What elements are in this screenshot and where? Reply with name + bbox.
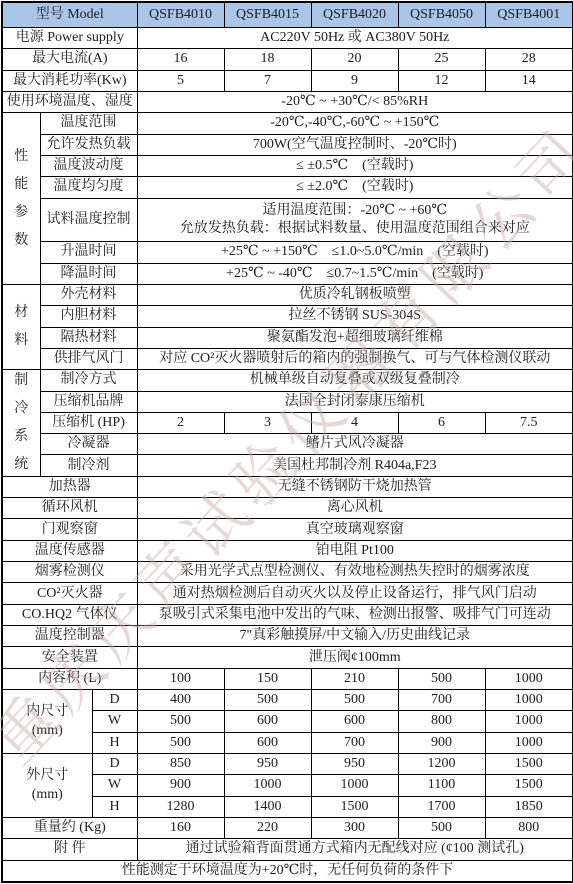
- value-cell: 1100: [398, 775, 485, 796]
- table-row: 内容积 (L)1001502105001000: [2, 668, 573, 689]
- model-header-row: 型号 ModelQSFB4010QSFB4015QSFB4020QSFB4050…: [2, 2, 573, 27]
- value-cell: 16: [137, 49, 224, 70]
- value-cell: 1000: [224, 775, 311, 796]
- dimension-letter: H: [92, 732, 137, 753]
- value-cell: 500: [137, 711, 224, 732]
- table-row: 冷凝器鳍片式风冷凝器: [2, 434, 573, 455]
- row-label: 试料温度控制: [40, 198, 137, 242]
- value-cell: 160: [137, 818, 224, 839]
- row-label: 降温时间: [40, 263, 137, 284]
- row-label: CO.HQ2 气体仪: [2, 604, 137, 625]
- value-cell: 600: [311, 711, 398, 732]
- table-row: 重量约 (Kg)160220300500800: [2, 818, 573, 839]
- row-label: CO²灭火器: [2, 583, 137, 604]
- value-cell: 14: [485, 70, 573, 91]
- spec-table: 型号 ModelQSFB4010QSFB4015QSFB4020QSFB4050…: [1, 1, 573, 883]
- model-header-cell: QSFB4020: [311, 2, 398, 27]
- value-cell: 20: [311, 49, 398, 70]
- row-label: 压缩机品牌: [40, 391, 137, 412]
- row-value: 适用温度范围：-20℃ ~ +60℃允放发热负载：根据试料数量、使用温度范围组合…: [137, 198, 573, 242]
- table-row: 温度传感器铂电阻 Pt100: [2, 540, 573, 561]
- row-label: 最大消耗功率(Kw): [2, 70, 137, 91]
- row-value: 7"真彩触摸屏/中文输入/历史曲线记录: [137, 626, 573, 647]
- value-cell: 800: [485, 818, 573, 839]
- value-cell: 1000: [311, 775, 398, 796]
- value-cell: 1500: [485, 775, 573, 796]
- dimension-letter: W: [92, 775, 137, 796]
- row-value: ≤ ±2.0℃ (空载时): [137, 177, 573, 198]
- table-row: 压缩机 (HP)23467.5: [2, 412, 573, 433]
- row-label: 循环风机: [2, 498, 137, 519]
- row-value: 鳍片式风冷凝器: [137, 434, 573, 455]
- table-row: 使用环境温度、湿度-20℃ ~ +30℃/< 85%RH: [2, 91, 573, 112]
- value-cell: 5: [137, 70, 224, 91]
- value-cell: 950: [224, 754, 311, 775]
- value-cell: 1500: [311, 796, 398, 817]
- value-cell: 1000: [485, 711, 573, 732]
- row-label: 外壳材料: [40, 284, 137, 305]
- row-label: 隔热材料: [40, 327, 137, 348]
- value-cell: 9: [311, 70, 398, 91]
- model-header-cell: QSFB4001: [485, 2, 573, 27]
- table-row: 材料外壳材料优质冷轧钢板喷塑: [2, 284, 573, 305]
- section-label: 材料: [2, 284, 40, 369]
- row-label: 内容积 (L): [2, 668, 137, 689]
- table-row: 制冷剂美国杜邦制冷剂 R404a,F23: [2, 455, 573, 476]
- table-row: 最大消耗功率(Kw)5791214: [2, 70, 573, 91]
- value-cell: 150: [224, 668, 311, 689]
- dimension-letter: H: [92, 796, 137, 817]
- table-row: 外尺寸(mm)D85095095012001500: [2, 754, 573, 775]
- value-cell: 4: [311, 412, 398, 433]
- row-label: 温度传感器: [2, 540, 137, 561]
- row-label: 烟雾检测仪: [2, 562, 137, 583]
- row-value: ≤ ±0.5℃ (空载时): [137, 155, 573, 176]
- table-row: CO²灭火器通对热烟检测后自动灭火以及停止设备运行，排气风门启动: [2, 583, 573, 604]
- row-label: 温度控制器: [2, 626, 137, 647]
- row-label: 重量约 (Kg): [2, 818, 137, 839]
- row-value: 铂电阻 Pt100: [137, 540, 573, 561]
- value-cell: 7: [224, 70, 311, 91]
- value-cell: 28: [485, 49, 573, 70]
- row-value: 美国杜邦制冷剂 R404a,F23: [137, 455, 573, 476]
- value-cell: 700: [311, 732, 398, 753]
- value-cell: 2: [137, 412, 224, 433]
- row-label: 门观察窗: [2, 519, 137, 540]
- table-row: 最大电流(A)1618202528: [2, 49, 573, 70]
- row-label: 制冷剂: [40, 455, 137, 476]
- row-value: AC220V 50Hz 或 AC380V 50Hz: [137, 27, 573, 48]
- row-value: 拉丝不锈钢 SUS-304S: [137, 306, 573, 327]
- table-row: 压缩机品牌法国全封闭泰康压缩机: [2, 391, 573, 412]
- value-cell: 210: [311, 668, 398, 689]
- value-cell: 900: [398, 732, 485, 753]
- row-label: 升温时间: [40, 242, 137, 263]
- value-cell: 500: [137, 732, 224, 753]
- value-cell: 1200: [398, 754, 485, 775]
- table-row: 内尺寸(mm)D4005005007001000: [2, 690, 573, 711]
- value-cell: 100: [137, 668, 224, 689]
- table-row: 温度均匀度≤ ±2.0℃ (空载时): [2, 177, 573, 198]
- row-label: 供排气风门: [40, 348, 137, 369]
- value-cell: 500: [311, 690, 398, 711]
- value-cell: 600: [224, 732, 311, 753]
- row-value: 无缝不锈钢防干烧加热管: [137, 476, 573, 497]
- row-value: 机械单级自动复叠或双级复叠制冷: [137, 370, 573, 391]
- row-label: 使用环境温度、湿度: [2, 91, 137, 112]
- section-vertical-label: 材料: [4, 306, 39, 348]
- value-cell: 220: [224, 818, 311, 839]
- table-row: 循环风机离心风机: [2, 498, 573, 519]
- value-cell: 800: [398, 711, 485, 732]
- table-row: 降温时间+25℃ ~ -40℃ ≤0.7~1.5℃/min (空载时): [2, 263, 573, 284]
- row-label: 电源 Power supply: [2, 27, 137, 48]
- table-row: 供排气风门对应 CO²灭火器喷射后的箱内的强制换气、可与气体检测仪联动: [2, 348, 573, 369]
- table-row: 性能参数温度范围-20℃,-40℃,-60℃ ~ +150℃: [2, 113, 573, 134]
- value-cell: 1400: [224, 796, 311, 817]
- row-label: 内胆材料: [40, 306, 137, 327]
- section-vertical-label: 制冷系统: [4, 374, 39, 472]
- row-value-line: 允放发热负载：根据试料数量、使用温度范围组合来对应: [139, 220, 572, 238]
- row-value: 通过试验箱背面贯通方式箱内无配线对应 (¢100 测试孔): [137, 839, 573, 860]
- value-cell: 1000: [485, 732, 573, 753]
- dimension-letter: D: [92, 754, 137, 775]
- value-cell: 1000: [485, 668, 573, 689]
- row-value: -20℃ ~ +30℃/< 85%RH: [137, 91, 573, 112]
- table-row: 温度波动度≤ ±0.5℃ (空载时): [2, 155, 573, 176]
- table-row: 门观察窗真空玻璃观察窗: [2, 519, 573, 540]
- row-label: 温度均匀度: [40, 177, 137, 198]
- model-header-cell: QSFB4015: [224, 2, 311, 27]
- row-value: 聚氨酯发泡+超细玻璃纤维棉: [137, 327, 573, 348]
- value-cell: 6: [398, 412, 485, 433]
- footer-row: 性能测定于环境温度为+20℃时，无任何负荷的条件下: [2, 860, 573, 882]
- dimension-group-label: 内尺寸(mm): [2, 690, 92, 754]
- value-cell: 900: [137, 775, 224, 796]
- value-cell: 950: [311, 754, 398, 775]
- value-cell: 500: [398, 668, 485, 689]
- table-row: 电源 Power supplyAC220V 50Hz 或 AC380V 50Hz: [2, 27, 573, 48]
- row-value: 离心风机: [137, 498, 573, 519]
- value-cell: 300: [311, 818, 398, 839]
- dimension-letter: D: [92, 690, 137, 711]
- row-label: 最大电流(A): [2, 49, 137, 70]
- value-cell: 12: [398, 70, 485, 91]
- row-value: 通对热烟检测后自动灭火以及停止设备运行，排气风门启动: [137, 583, 573, 604]
- footer-note: 性能测定于环境温度为+20℃时，无任何负荷的条件下: [2, 860, 573, 882]
- value-cell: 850: [137, 754, 224, 775]
- value-cell: 600: [224, 711, 311, 732]
- row-value: +25℃ ~ -40℃ ≤0.7~1.5℃/min (空载时): [137, 263, 573, 284]
- section-label: 性能参数: [2, 113, 40, 285]
- row-value-line: 适用温度范围：-20℃ ~ +60℃: [139, 202, 572, 220]
- row-label: 加热器: [2, 476, 137, 497]
- row-value: -20℃,-40℃,-60℃ ~ +150℃: [137, 113, 573, 134]
- row-value: 泄压阀¢100mm: [137, 647, 573, 668]
- row-label: 温度范围: [40, 113, 137, 134]
- row-value: +25℃ ~ +150℃ ≤1.0~5.0℃/min (空载时): [137, 242, 573, 263]
- row-label: 允许发热负载: [40, 134, 137, 155]
- section-label: 制冷系统: [2, 370, 40, 477]
- row-value: 700W(空气温度控制时、-20℃时): [137, 134, 573, 155]
- table-row: 烟雾检测仪采用光学式点型检测仪、有效地检测热失控时的烟雾浓度: [2, 562, 573, 583]
- row-label: 冷凝器: [40, 434, 137, 455]
- row-label: 附 件: [2, 839, 137, 860]
- model-header-cell: QSFB4010: [137, 2, 224, 27]
- table-row: CO.HQ2 气体仪泵吸引式采集电池中发出的气味、检测出报警、吸排气门可连动: [2, 604, 573, 625]
- table-row: 隔热材料聚氨酯发泡+超细玻璃纤维棉: [2, 327, 573, 348]
- row-label: 制冷方式: [40, 370, 137, 391]
- table-row: 内胆材料拉丝不锈钢 SUS-304S: [2, 306, 573, 327]
- dimension-letter: W: [92, 711, 137, 732]
- table-row: 制冷系统制冷方式机械单级自动复叠或双级复叠制冷: [2, 370, 573, 391]
- value-cell: 1700: [398, 796, 485, 817]
- table-row: 附 件通过试验箱背面贯通方式箱内无配线对应 (¢100 测试孔): [2, 839, 573, 860]
- row-value: 优质冷轧钢板喷塑: [137, 284, 573, 305]
- spec-sheet-page: 型号 ModelQSFB4010QSFB4015QSFB4020QSFB4050…: [0, 0, 573, 884]
- value-cell: 700: [398, 690, 485, 711]
- value-cell: 1000: [485, 690, 573, 711]
- value-cell: 400: [137, 690, 224, 711]
- value-cell: 1280: [137, 796, 224, 817]
- row-value: 对应 CO²灭火器喷射后的箱内的强制换气、可与气体检测仪联动: [137, 348, 573, 369]
- row-value: 真空玻璃观察窗: [137, 519, 573, 540]
- value-cell: 7.5: [485, 412, 573, 433]
- value-cell: 25: [398, 49, 485, 70]
- table-row: 试料温度控制适用温度范围：-20℃ ~ +60℃允放发热负载：根据试料数量、使用…: [2, 198, 573, 242]
- value-cell: 3: [224, 412, 311, 433]
- row-value: 泵吸引式采集电池中发出的气味、检测出报警、吸排气门可连动: [137, 604, 573, 625]
- model-header-cell: QSFB4050: [398, 2, 485, 27]
- row-label: 安全装置: [2, 647, 137, 668]
- value-cell: 500: [398, 818, 485, 839]
- row-label: 温度波动度: [40, 155, 137, 176]
- value-cell: 18: [224, 49, 311, 70]
- row-value: 法国全封闭泰康压缩机: [137, 391, 573, 412]
- table-row: 加热器无缝不锈钢防干烧加热管: [2, 476, 573, 497]
- table-row: 升温时间+25℃ ~ +150℃ ≤1.0~5.0℃/min (空载时): [2, 242, 573, 263]
- section-vertical-label: 性能参数: [4, 150, 39, 248]
- table-row: 允许发热负载700W(空气温度控制时、-20℃时): [2, 134, 573, 155]
- row-value: 采用光学式点型检测仪、有效地检测热失控时的烟雾浓度: [137, 562, 573, 583]
- dimension-group-label: 外尺寸(mm): [2, 754, 92, 818]
- table-row: 安全装置泄压阀¢100mm: [2, 647, 573, 668]
- value-cell: 1850: [485, 796, 573, 817]
- value-cell: 1500: [485, 754, 573, 775]
- row-label: 压缩机 (HP): [40, 412, 137, 433]
- model-label-cell: 型号 Model: [2, 2, 137, 27]
- table-row: 温度控制器7"真彩触摸屏/中文输入/历史曲线记录: [2, 626, 573, 647]
- value-cell: 500: [224, 690, 311, 711]
